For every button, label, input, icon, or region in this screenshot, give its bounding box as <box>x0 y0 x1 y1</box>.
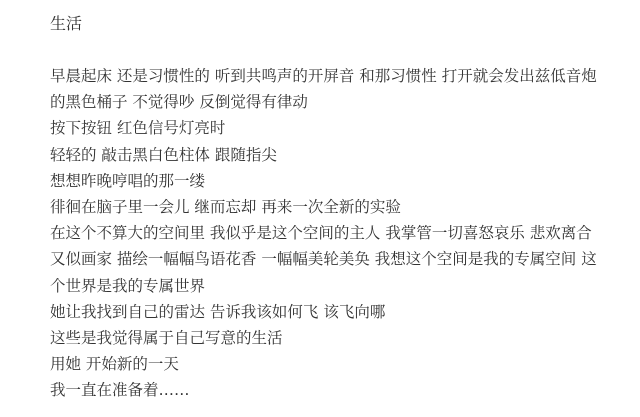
text-line: 我一直在准备着…… <box>50 377 640 403</box>
text-line: 轻轻的 敲击黑白色柱体 跟随指尖 <box>50 142 640 168</box>
text-line: 徘徊在脑子里一会儿 继而忘却 再来一次全新的实验 <box>50 194 640 220</box>
text-line: 的黑色桶子 不觉得吵 反倒觉得有律动 <box>50 89 640 115</box>
text-line: 想想昨晚哼唱的那一缕 <box>50 168 640 194</box>
document-title: 生活 <box>50 12 82 36</box>
text-line: 早晨起床 还是习惯性的 听到共鸣声的开屏音 和那习惯性 打开就会发出兹低音炮 <box>50 63 640 89</box>
text-line: 在这个不算大的空间里 我似乎是这个空间的主人 我掌管一切喜怒哀乐 悲欢离合 <box>50 220 640 246</box>
text-line: 用她 开始新的一天 <box>50 351 640 377</box>
text-line: 又似画家 描绘一幅幅鸟语花香 一幅幅美轮美奂 我想这个空间是我的专属空间 这 <box>50 246 640 272</box>
document-body: 早晨起床 还是习惯性的 听到共鸣声的开屏音 和那习惯性 打开就会发出兹低音炮 的… <box>50 63 640 403</box>
text-line: 这些是我觉得属于自己写意的生活 <box>50 325 640 351</box>
text-line: 个世界是我的专属世界 <box>50 273 640 299</box>
text-line: 按下按钮 红色信号灯亮时 <box>50 115 640 141</box>
text-line: 她让我找到自己的雷达 告诉我该如何飞 该飞向哪 <box>50 299 640 325</box>
